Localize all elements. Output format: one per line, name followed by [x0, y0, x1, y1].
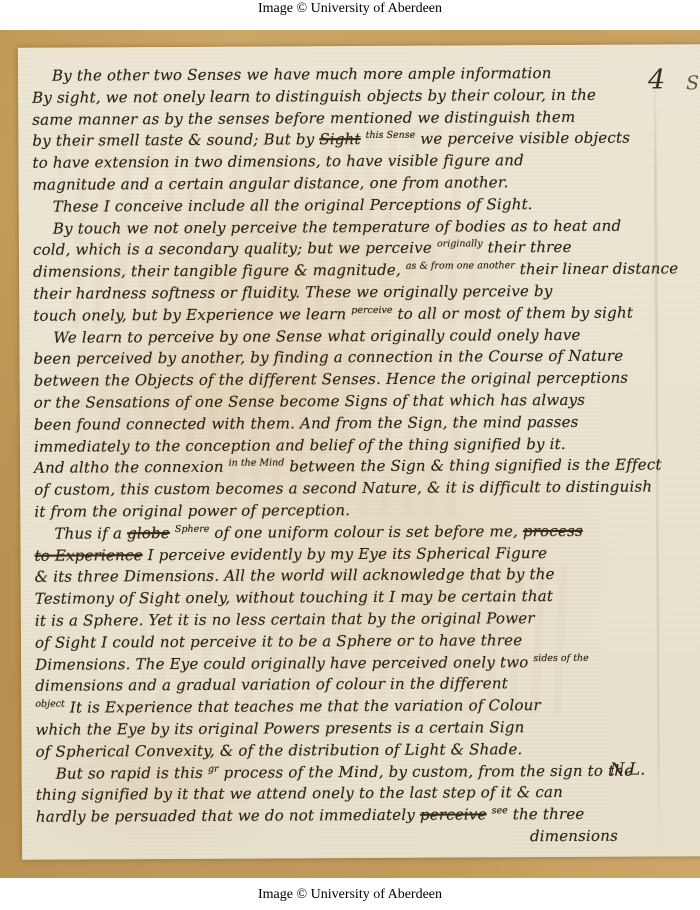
manuscript-line-3: same manner as by the senses before ment… [32, 106, 648, 131]
manuscript-line-17: been found connected with them. And from… [34, 411, 650, 436]
manuscript-line-12: touch onely, but by Experience we learn … [33, 302, 649, 327]
manuscript-line-14: been perceived by another, by finding a … [33, 346, 649, 371]
top-copyright-caption: Image © University of Aberdeen [0, 1, 700, 17]
manuscript-scan: 4 S N.L. By the other two Senses we have… [0, 30, 700, 878]
manuscript-line-30: object It is Experience that teaches me … [35, 695, 651, 720]
manuscript-line-5: to have extension in two dimensions, to … [32, 150, 648, 175]
manuscript-line-9: cold, which is a secondary quality; but … [33, 237, 649, 262]
manuscript-line-27: of Sight I could not perceive it to be a… [35, 629, 651, 654]
bottom-copyright-caption: Image © University of Aberdeen [0, 887, 700, 903]
manuscript-line-33: But so rapid is this gr process of the M… [36, 760, 652, 785]
manuscript-line-22: Thus if a globe Sphere of one uniform co… [34, 520, 650, 545]
manuscript-line-28: Dimensions. The Eye could originally hav… [35, 651, 651, 676]
manuscript-line-10: dimensions, their tangible figure & magn… [33, 259, 649, 284]
manuscript-line-23: to Experience I perceive evidently by my… [34, 542, 650, 567]
manuscript-line-15: between the Objects of the different Sen… [34, 368, 650, 393]
manuscript-line-36: dimensions [36, 825, 652, 850]
manuscript-line-7: These I conceive include all the origina… [33, 193, 649, 218]
manuscript-line-19: And altho the connexion in the Mind betw… [34, 455, 650, 480]
manuscript-line-20: of custom, this custom becomes a second … [34, 477, 650, 502]
manuscript-line-29: dimensions and a gradual variation of co… [35, 673, 651, 698]
adjacent-page-letter: S [686, 72, 699, 94]
manuscript-line-26: it is a Sphere. Yet it is no less certai… [35, 607, 651, 632]
manuscript-line-2: By sight, we not onely learn to distingu… [32, 84, 648, 109]
manuscript-line-32: of Spherical Convexity, & of the distrib… [36, 738, 652, 763]
manuscript-line-4: by their smell taste & sound; But by Sig… [32, 128, 648, 153]
page-number: 4 [648, 64, 665, 95]
manuscript-line-34: thing signified by it that we attend one… [36, 782, 652, 807]
manuscript-line-24: & its three Dimensions. All the world wi… [35, 564, 651, 589]
manuscript-line-1: By the other two Senses we have much mor… [32, 63, 648, 88]
manuscript-line-6: magnitude and a certain angular distance… [33, 171, 649, 196]
manuscript-text: By the other two Senses we have much mor… [32, 63, 652, 851]
manuscript-line-31: which the Eye by its original Powers pre… [35, 716, 651, 741]
manuscript-line-21: it from the original power of perception… [34, 498, 650, 523]
manuscript-line-18: immediately to the conception and belief… [34, 433, 650, 458]
manuscript-line-8: By touch we not onely perceive the tempe… [33, 215, 649, 240]
manuscript-line-16: or the Sensations of one Sense become Si… [34, 389, 650, 414]
manuscript-line-25: Testimony of Sight onely, without touchi… [35, 586, 651, 611]
manuscript-line-11: their hardness softness or fluidity. The… [33, 280, 649, 305]
manuscript-line-35: hardly be persuaded that we do not immed… [36, 804, 652, 829]
paper-crease [654, 54, 660, 849]
manuscript-line-13: We learn to perceive by one Sense what o… [33, 324, 649, 349]
manuscript-page: 4 S N.L. By the other two Senses we have… [18, 44, 700, 860]
